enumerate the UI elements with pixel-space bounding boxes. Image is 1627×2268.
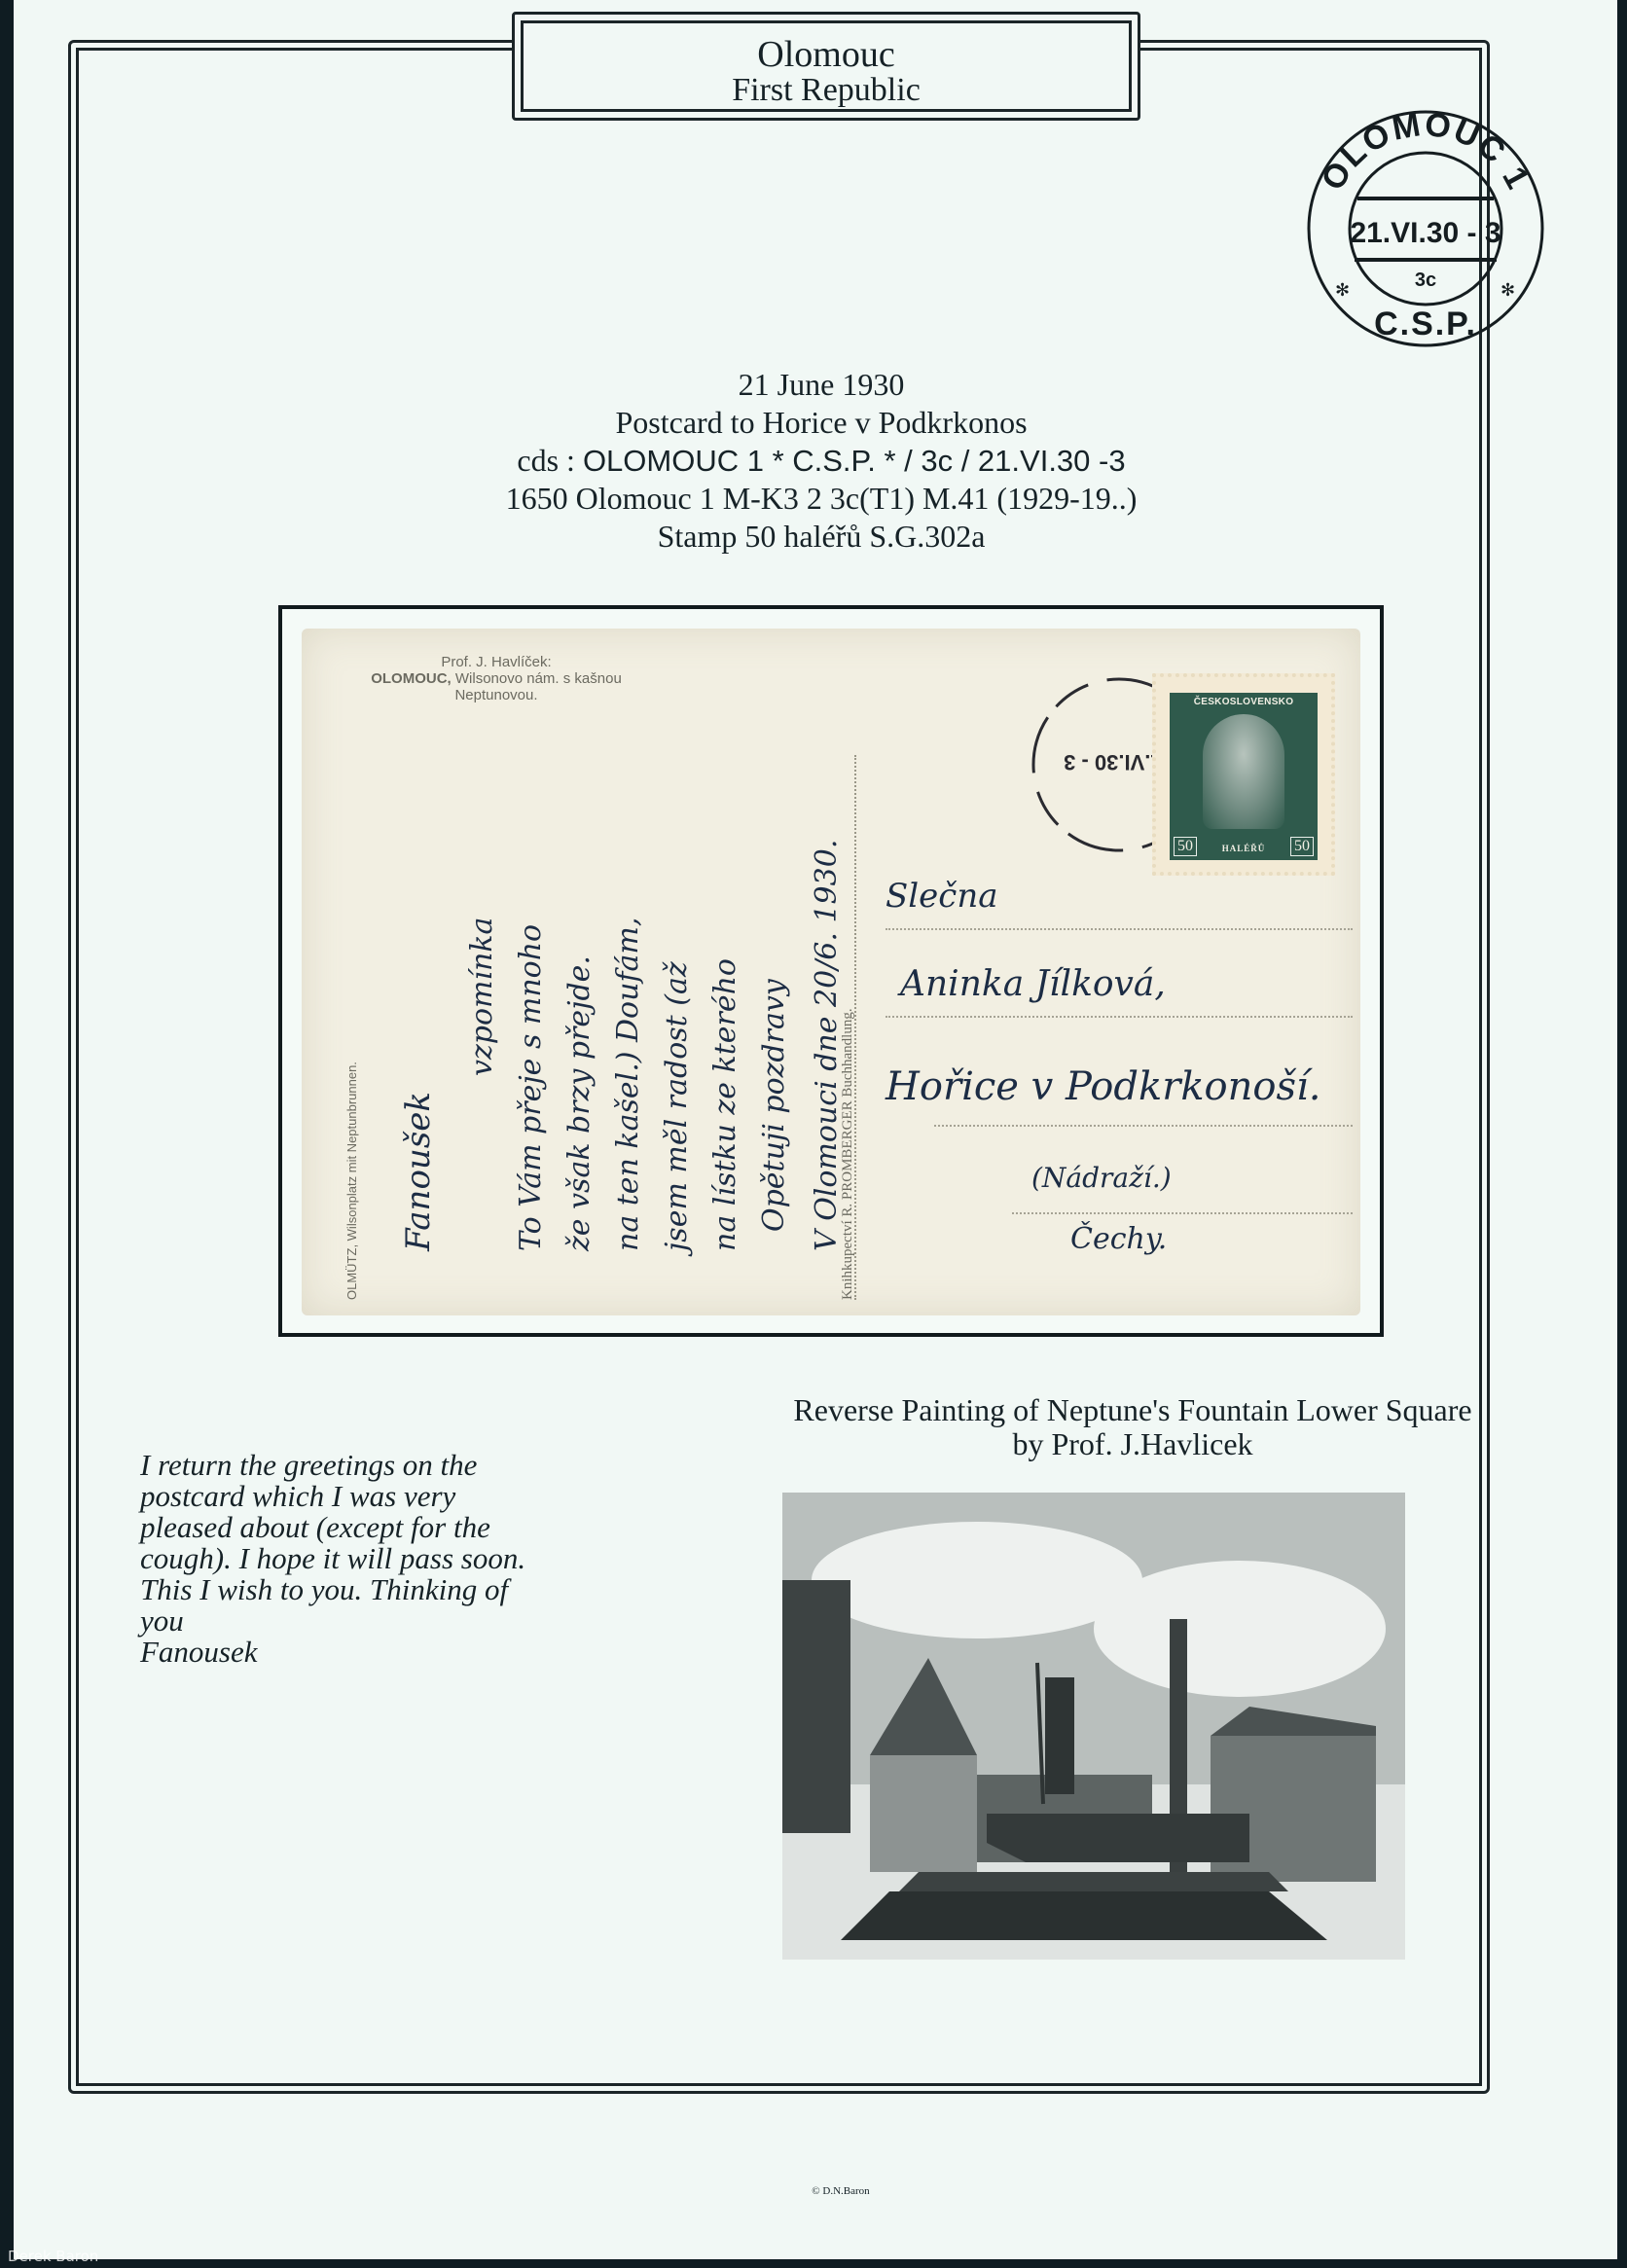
address-line: Hořice v Podkrkonoší.	[886, 1064, 1321, 1109]
postcard: Prof. J. Havlíček: OLOMOUC, Wilsonovo ná…	[302, 629, 1360, 1315]
message-line: Opětuji pozdravy	[757, 979, 791, 1232]
postmark-town: OLOMOUC 1	[1315, 106, 1537, 197]
message-line: na lístku ze kterého	[708, 958, 742, 1251]
page-title: Olomouc	[524, 35, 1129, 74]
postmark-date: 21.VI.30 - 3	[1350, 217, 1500, 249]
item-catalogue: 1650 Olomouc 1 M-K3 2 3c(T1) M.41 (1929-…	[403, 480, 1240, 518]
stamp-value: 50	[1174, 837, 1197, 856]
album-page: Olomouc First Republic OLOMOUC 1 21.VI.3…	[14, 0, 1617, 2259]
postcard-mount: Prof. J. Havlíček: OLOMOUC, Wilsonovo ná…	[278, 605, 1384, 1337]
message-line: na ten kašel.) Doufám,	[611, 918, 645, 1251]
svg-text:OLOMOUC 1: OLOMOUC 1	[1315, 106, 1537, 197]
address-line: Aninka Jílková,	[900, 964, 1166, 1004]
message-translation: I return the greetings on the postcard w…	[140, 1450, 627, 1668]
message-line: vzpomínka	[465, 918, 499, 1076]
postmark-code: 3c	[1415, 270, 1436, 291]
address-line: (Nádraží.)	[1031, 1162, 1172, 1194]
page-subtitle: First Republic	[524, 74, 1129, 107]
item-cds: cds : OLOMOUC 1 * C.S.P. * / 3c / 21.VI.…	[403, 442, 1240, 480]
cds-value: OLOMOUC 1 * C.S.P. * / 3c / 21.VI.30 -3	[583, 444, 1126, 478]
postcard-divider	[854, 755, 856, 1300]
stamp-value: 50	[1290, 837, 1314, 856]
stamp-country: ČESKOSLOVENSKO	[1170, 693, 1318, 707]
message-line: jsem měl radost (až	[660, 961, 694, 1251]
item-description: 21 June 1930 Postcard to Horice v Podkrk…	[403, 366, 1240, 556]
item-type: Postcard to Horice v Podkrkonos	[403, 404, 1240, 442]
item-date: 21 June 1930	[403, 366, 1240, 404]
message-signature: Fanoušek	[399, 1092, 438, 1251]
stamp-currency: HALÉŘŮ	[1209, 844, 1279, 853]
star-icon: ✻	[1500, 280, 1515, 301]
message-line: To Vám přeje s mnoho	[514, 924, 548, 1251]
address-line: Slečna	[886, 877, 998, 916]
item-stamp: Stamp 50 haléřů S.G.302a	[403, 518, 1240, 556]
stamp-portrait	[1203, 714, 1284, 829]
address-line: Čechy.	[1070, 1222, 1167, 1256]
postmark-illustration: OLOMOUC 1 21.VI.30 - 3 3c C.S.P. ✻ ✻	[1294, 101, 1557, 356]
star-icon: ✻	[1335, 280, 1350, 301]
watermark: Derek Baron	[8, 2248, 98, 2265]
message-line: V Olomouci dne 20/6. 1930.	[810, 840, 844, 1251]
postcard-german-caption: OLMÜTZ, Wilsonplatz mit Neptunbrunnen.	[344, 1062, 359, 1300]
neptune-fountain-painting	[782, 1493, 1405, 1960]
postcard-printed-title: Prof. J. Havlíček: OLOMOUC, Wilsonovo ná…	[302, 654, 691, 703]
message-line: že však brzy přejde.	[562, 955, 597, 1251]
postmark-country: C.S.P.	[1374, 306, 1477, 342]
copyright: © D.N.Baron	[695, 2185, 987, 2197]
title-box: Olomouc First Republic	[512, 12, 1140, 121]
postage-stamp: ČESKOSLOVENSKO 50 HALÉŘŮ 50	[1152, 673, 1335, 876]
painting-caption: Reverse Painting of Neptune's Fountain L…	[695, 1393, 1571, 1461]
